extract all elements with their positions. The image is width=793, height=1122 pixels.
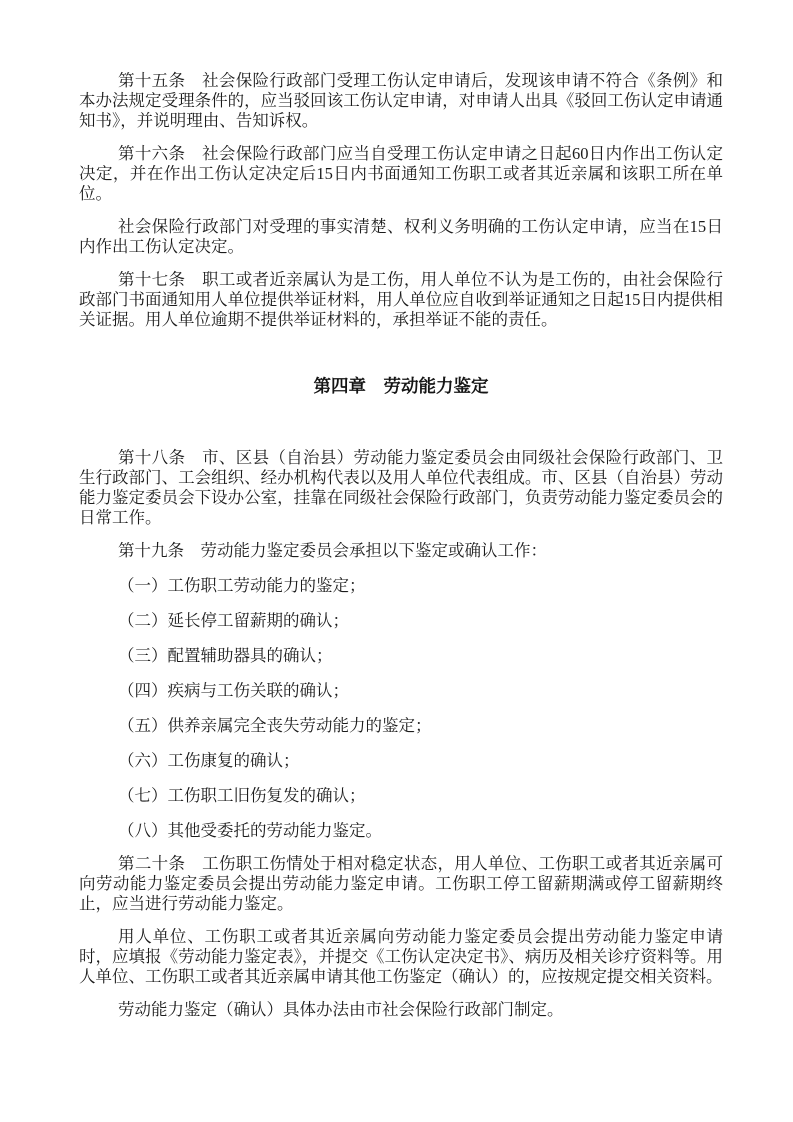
article-19-item-4: （四）疾病与工伤关联的确认； xyxy=(79,681,723,701)
article-20-paragraph-1: 第二十条 工伤职工伤情处于相对稳定状态，用人单位、工伤职工或者其近亲属可向劳动能… xyxy=(79,854,723,914)
article-20-paragraph-2: 用人单位、工伤职工或者其近亲属向劳动能力鉴定委员会提出劳动能力鉴定申请时，应填报… xyxy=(79,927,723,987)
article-19-item-5: （五）供养亲属完全丧失劳动能力的鉴定； xyxy=(79,716,723,736)
article-19-item-6: （六）工伤康复的确认； xyxy=(79,751,723,771)
document-page: 第十五条 社会保险行政部门受理工伤认定申请后，发现该申请不符合《条例》和本办法规… xyxy=(0,0,793,1122)
article-19-item-1: （一）工伤职工劳动能力的鉴定； xyxy=(79,576,723,596)
document-body: 第十五条 社会保险行政部门受理工伤认定申请后，发现该申请不符合《条例》和本办法规… xyxy=(79,71,723,1020)
article-20-paragraph-3: 劳动能力鉴定（确认）具体办法由市社会保险行政部门制定。 xyxy=(79,1000,723,1020)
article-19-item-2: （二）延长停工留薪期的确认； xyxy=(79,611,723,631)
article-17-paragraph: 第十七条 职工或者近亲属认为是工伤，用人单位不认为是工伤的，由社会保险行政部门书… xyxy=(79,270,723,330)
article-19-item-8: （八）其他受委托的劳动能力鉴定。 xyxy=(79,821,723,841)
article-18-paragraph: 第十八条 市、区县（自治县）劳动能力鉴定委员会由同级社会保险行政部门、卫生行政部… xyxy=(79,448,723,528)
article-15-paragraph: 第十五条 社会保险行政部门受理工伤认定申请后，发现该申请不符合《条例》和本办法规… xyxy=(79,71,723,131)
article-19-intro-paragraph: 第十九条 劳动能力鉴定委员会承担以下鉴定或确认工作： xyxy=(79,541,723,561)
article-16-paragraph-2: 社会保险行政部门对受理的事实清楚、权利义务明确的工伤认定申请，应当在15日内作出… xyxy=(79,217,723,257)
article-19-item-7: （七）工伤职工旧伤复发的确认； xyxy=(79,786,723,806)
article-19-item-3: （三）配置辅助器具的确认； xyxy=(79,646,723,666)
chapter-4-heading: 第四章 劳动能力鉴定 xyxy=(79,376,723,396)
article-16-paragraph-1: 第十六条 社会保险行政部门应当自受理工伤认定申请之日起60日内作出工伤认定决定，… xyxy=(79,144,723,204)
